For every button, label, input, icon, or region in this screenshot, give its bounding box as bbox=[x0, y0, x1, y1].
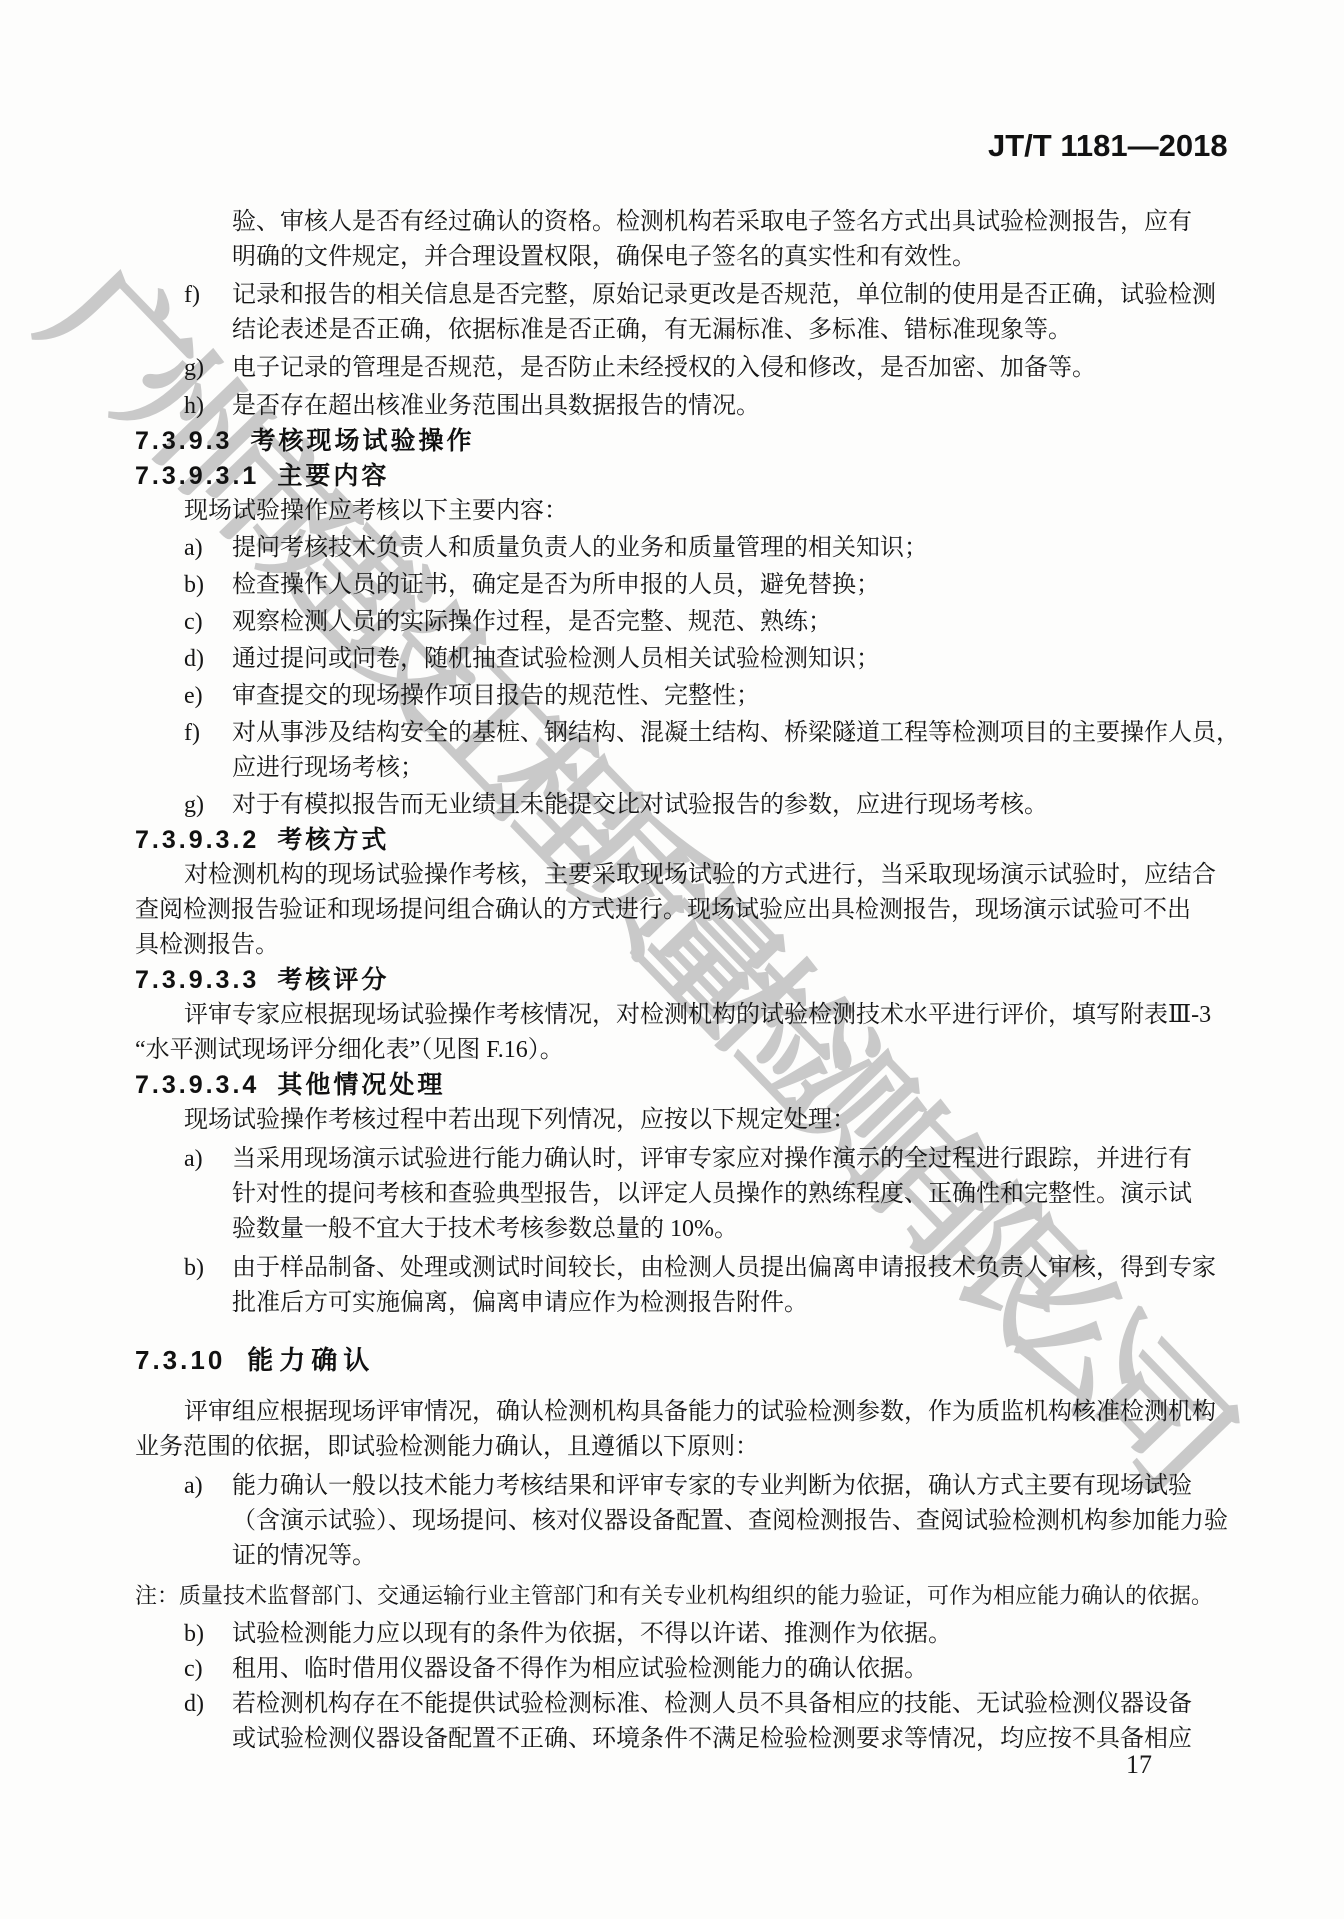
heading-title: 考核现场试验操作 bbox=[250, 427, 474, 455]
text-line: 能力确认一般以技术能力考核结果和评审专家的专业判断为依据，确认方式主要有现场试验 bbox=[232, 1469, 1245, 1504]
paragraph-73932: 对检测机构的现场试验操作考核，主要采取现场试验的方式进行，当采取现场演示试验时，… bbox=[135, 858, 1245, 963]
text-line: 现场试验操作应考核以下主要内容： bbox=[135, 494, 1245, 529]
text-line: （含演示试验）、现场提问、核对仪器设备配置、查阅检测报告、查阅试验检测机构参加能… bbox=[232, 1504, 1245, 1539]
list-item-b2: b) 由于样品制备、处理或测试时间较长，由检测人员提出偏离申请报技术负责人审核，… bbox=[135, 1251, 1245, 1321]
heading-7393: 7.3.9.3考核现场试验操作 bbox=[135, 424, 1245, 459]
paragraph-73931: 现场试验操作应考核以下主要内容： bbox=[135, 494, 1245, 529]
list-item-a: a) 提问考核技术负责人和质量负责人的业务和质量管理的相关知识； bbox=[135, 531, 1245, 566]
text-line: 租用、临时借用仪器设备不得作为相应试验检测能力的确认依据。 bbox=[232, 1652, 1245, 1687]
heading-number: 7.3.9.3.3 bbox=[135, 966, 259, 994]
heading-number: 7.3.9.3 bbox=[135, 427, 232, 455]
heading-number: 7.3.9.3.1 bbox=[135, 462, 259, 490]
item-label: g) bbox=[184, 788, 204, 823]
text-line: 检查操作人员的证书，确定是否为所申报的人员，避免替换； bbox=[232, 568, 1245, 603]
heading-number: 7.3.10 bbox=[135, 1345, 225, 1375]
list-item-d3: d) 若检测机构存在不能提供试验检测标准、检测人员不具备相应的技能、无试验检测仪… bbox=[135, 1687, 1245, 1757]
text-line: 试验检测能力应以现有的条件为依据，不得以许诺、推测作为依据。 bbox=[232, 1617, 1245, 1652]
item-label: f) bbox=[184, 278, 200, 313]
list-item-b: b) 检查操作人员的证书，确定是否为所申报的人员，避免替换； bbox=[135, 568, 1245, 603]
text-line: 提问考核技术负责人和质量负责人的业务和质量管理的相关知识； bbox=[232, 531, 1245, 566]
body-text: 验、审核人是否有经过确认的资格。检测机构若采取电子签名方式出具试验检测报告，应有… bbox=[135, 205, 1245, 1757]
heading-title: 考核方式 bbox=[277, 826, 389, 854]
item-label: c) bbox=[184, 605, 203, 640]
heading-title: 主要内容 bbox=[277, 462, 389, 490]
item-label: a) bbox=[184, 531, 203, 566]
item-label: d) bbox=[184, 642, 204, 677]
list-item-c3: c) 租用、临时借用仪器设备不得作为相应试验检测能力的确认依据。 bbox=[135, 1652, 1245, 1687]
text-line: 是否存在超出核准业务范围出具数据报告的情况。 bbox=[232, 389, 1245, 424]
heading-73934: 7.3.9.3.4其他情况处理 bbox=[135, 1068, 1245, 1103]
note-line: 注：质量技术监督部门、交通运输行业主管部门和有关专业机构组织的能力验证，可作为相… bbox=[135, 1578, 1245, 1613]
text-line: 现场试验操作考核过程中若出现下列情况，应按以下规定处理： bbox=[135, 1103, 1245, 1138]
text-line: 具检测报告。 bbox=[135, 928, 1245, 963]
heading-number: 7.3.9.3.2 bbox=[135, 826, 259, 854]
text-line: 或试验检测仪器设备配置不正确、环境条件不满足检验检测要求等情况，均应按不具备相应 bbox=[232, 1722, 1245, 1757]
list-item-f2: f) 对从事涉及结构安全的基桩、钢结构、混凝土结构、桥梁隧道工程等检测项目的主要… bbox=[135, 716, 1245, 786]
list-item-f: f) 记录和报告的相关信息是否完整，原始记录更改是否规范，单位制的使用是否正确，… bbox=[135, 278, 1245, 348]
paragraph-73933: 评审专家应根据现场试验操作考核情况，对检测机构的试验检测技术水平进行评价，填写附… bbox=[135, 998, 1245, 1068]
list-item-g: g) 电子记录的管理是否规范，是否防止未经授权的入侵和修改，是否加密、加备等。 bbox=[135, 351, 1245, 386]
heading-title: 考核评分 bbox=[277, 966, 389, 994]
text-line: 对从事涉及结构安全的基桩、钢结构、混凝土结构、桥梁隧道工程等检测项目的主要操作人… bbox=[232, 716, 1245, 751]
text-line: 审查提交的现场操作项目报告的规范性、完整性； bbox=[232, 679, 1245, 714]
heading-73932: 7.3.9.3.2考核方式 bbox=[135, 823, 1245, 858]
item-label: e) bbox=[184, 679, 203, 714]
text-line: 电子记录的管理是否规范，是否防止未经授权的入侵和修改，是否加密、加备等。 bbox=[232, 351, 1245, 386]
item-label: b) bbox=[184, 1617, 204, 1652]
item-label: b) bbox=[184, 1251, 204, 1286]
paragraph-7310: 评审组应根据现场评审情况，确认检测机构具备能力的试验检测参数，作为质监机构核准检… bbox=[135, 1395, 1245, 1465]
document-page: 广州市建设工程质量检测有限公司 JT/T 1181—2018 验、审核人是否有经… bbox=[0, 0, 1344, 1919]
heading-73931: 7.3.9.3.1主要内容 bbox=[135, 459, 1245, 494]
text-line: 验数量一般不宜大于技术考核参数总量的 10%。 bbox=[232, 1212, 1245, 1247]
text-line: 应进行现场考核； bbox=[232, 751, 1245, 786]
list-item-e: e) 审查提交的现场操作项目报告的规范性、完整性； bbox=[135, 679, 1245, 714]
item-label: g) bbox=[184, 351, 204, 386]
list-item-c: c) 观察检测人员的实际操作过程，是否完整、规范、熟练； bbox=[135, 605, 1245, 640]
text-line: 验、审核人是否有经过确认的资格。检测机构若采取电子签名方式出具试验检测报告，应有 bbox=[232, 205, 1245, 240]
text-line: 评审专家应根据现场试验操作考核情况，对检测机构的试验检测技术水平进行评价，填写附… bbox=[135, 998, 1245, 1033]
item-label: a) bbox=[184, 1142, 203, 1177]
list-item-b3: b) 试验检测能力应以现有的条件为依据，不得以许诺、推测作为依据。 bbox=[135, 1617, 1245, 1652]
page-number: 17 bbox=[1126, 1750, 1152, 1780]
item-label: d) bbox=[184, 1687, 204, 1722]
text-line: 明确的文件规定，并合理设置权限，确保电子签名的真实性和有效性。 bbox=[232, 240, 1245, 275]
text-line: 证的情况等。 bbox=[232, 1539, 1245, 1574]
item-label: c) bbox=[184, 1652, 203, 1687]
text-line: 评审组应根据现场评审情况，确认检测机构具备能力的试验检测参数，作为质监机构核准检… bbox=[135, 1395, 1245, 1430]
item-label: b) bbox=[184, 568, 204, 603]
text-line: 结论表述是否正确，依据标准是否正确，有无漏标准、多标准、错标准现象等。 bbox=[232, 313, 1245, 348]
note: 注：质量技术监督部门、交通运输行业主管部门和有关专业机构组织的能力验证，可作为相… bbox=[135, 1578, 1245, 1613]
list-item-g2: g) 对于有模拟报告而无业绩且未能提交比对试验报告的参数，应进行现场考核。 bbox=[135, 788, 1245, 823]
text-line: 对检测机构的现场试验操作考核，主要采取现场试验的方式进行，当采取现场演示试验时，… bbox=[135, 858, 1245, 893]
heading-title: 能力确认 bbox=[247, 1345, 375, 1375]
heading-73933: 7.3.9.3.3考核评分 bbox=[135, 963, 1245, 998]
paragraph-73934: 现场试验操作考核过程中若出现下列情况，应按以下规定处理： bbox=[135, 1103, 1245, 1138]
text-line: 批准后方可实施偏离，偏离申请应作为检测报告附件。 bbox=[232, 1286, 1245, 1321]
list-item-h: h) 是否存在超出核准业务范围出具数据报告的情况。 bbox=[135, 389, 1245, 424]
list-item-a3: a) 能力确认一般以技术能力考核结果和评审专家的专业判断为依据，确认方式主要有现… bbox=[135, 1469, 1245, 1574]
heading-title: 其他情况处理 bbox=[277, 1071, 445, 1099]
text-line: 通过提问或问卷，随机抽查试验检测人员相关试验检测知识； bbox=[232, 642, 1245, 677]
text-line: 业务范围的依据，即试验检测能力确认，且遵循以下原则： bbox=[135, 1430, 1245, 1465]
list-item-a2: a) 当采用现场演示试验进行能力确认时，评审专家应对操作演示的全过程进行跟踪，并… bbox=[135, 1142, 1245, 1247]
text-line: 针对性的提问考核和查验典型报告，以评定人员操作的熟练程度、正确性和完整性。演示试 bbox=[232, 1177, 1245, 1212]
paragraph-continuation: 验、审核人是否有经过确认的资格。检测机构若采取电子签名方式出具试验检测报告，应有… bbox=[135, 205, 1245, 275]
list-item-d: d) 通过提问或问卷，随机抽查试验检测人员相关试验检测知识； bbox=[135, 642, 1245, 677]
standard-code: JT/T 1181—2018 bbox=[988, 128, 1228, 164]
item-label: f) bbox=[184, 716, 200, 751]
text-line: 由于样品制备、处理或测试时间较长，由检测人员提出偏离申请报技术负责人审核，得到专… bbox=[232, 1251, 1245, 1286]
text-line: 查阅检测报告验证和现场提问组合确认的方式进行。现场试验应出具检测报告，现场演示试… bbox=[135, 893, 1245, 928]
item-label: h) bbox=[184, 389, 204, 424]
heading-7310: 7.3.10能力确认 bbox=[135, 1343, 1245, 1378]
text-line: 对于有模拟报告而无业绩且未能提交比对试验报告的参数，应进行现场考核。 bbox=[232, 788, 1245, 823]
heading-number: 7.3.9.3.4 bbox=[135, 1071, 259, 1099]
item-label: a) bbox=[184, 1469, 203, 1504]
text-line: 当采用现场演示试验进行能力确认时，评审专家应对操作演示的全过程进行跟踪，并进行有 bbox=[232, 1142, 1245, 1177]
text-line: 若检测机构存在不能提供试验检测标准、检测人员不具备相应的技能、无试验检测仪器设备 bbox=[232, 1687, 1245, 1722]
text-line: 记录和报告的相关信息是否完整，原始记录更改是否规范，单位制的使用是否正确，试验检… bbox=[232, 278, 1245, 313]
text-line: “水平测试现场评分细化表”（见图 F.16）。 bbox=[135, 1033, 1245, 1068]
text-line: 观察检测人员的实际操作过程，是否完整、规范、熟练； bbox=[232, 605, 1245, 640]
